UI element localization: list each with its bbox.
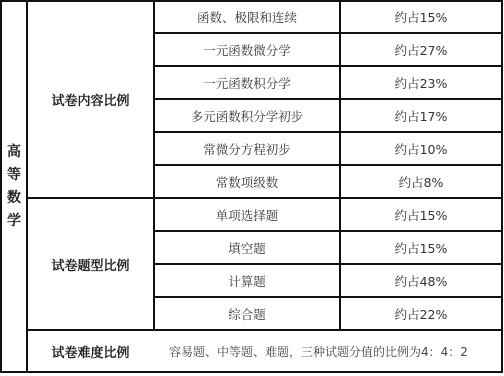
item-cell: 填空题	[155, 232, 339, 263]
item-cell: 计算题	[155, 265, 339, 296]
ratio-cell: 约占48%	[341, 265, 501, 296]
item-cell: 常数项级数	[155, 166, 339, 197]
subject-char: 等	[7, 164, 21, 187]
ratio-cell: 约占8%	[341, 166, 501, 197]
ratio-cell: 约占15%	[341, 2, 501, 32]
ratio-cell: 约占27%	[341, 34, 501, 65]
subject-char: 高	[7, 141, 21, 164]
grid-line	[501, 0, 503, 373]
difficulty-note: 容易题、中等题、难题，三种试题分值的比例为4：4：2	[155, 331, 501, 371]
subject-char: 学	[7, 210, 21, 233]
ratio-cell: 约占15%	[341, 199, 501, 230]
ratio-cell: 约占10%	[341, 133, 501, 164]
category-difficulty: 试卷难度比例	[28, 331, 153, 371]
item-cell: 一元函数微分学	[155, 34, 339, 65]
item-cell: 函数、极限和连续	[155, 2, 339, 32]
item-cell: 单项选择题	[155, 199, 339, 230]
item-cell: 综合题	[155, 298, 339, 329]
ratio-cell: 约占17%	[341, 100, 501, 131]
exam-ratio-table: 高 等 数 学 试卷内容比例 试卷题型比例 试卷难度比例 函数、极限和连续 约占…	[0, 0, 504, 376]
grid-line	[0, 371, 503, 373]
subject-char: 数	[7, 187, 21, 210]
item-cell: 一元函数积分学	[155, 67, 339, 98]
ratio-cell: 约占23%	[341, 67, 501, 98]
category-question-type: 试卷题型比例	[28, 199, 153, 329]
ratio-cell: 约占15%	[341, 232, 501, 263]
category-content: 试卷内容比例	[28, 2, 153, 197]
item-cell: 常微分方程初步	[155, 133, 339, 164]
ratio-cell: 约占22%	[341, 298, 501, 329]
item-cell: 多元函数积分学初步	[155, 100, 339, 131]
subject-cell: 高 等 数 学	[2, 2, 26, 371]
